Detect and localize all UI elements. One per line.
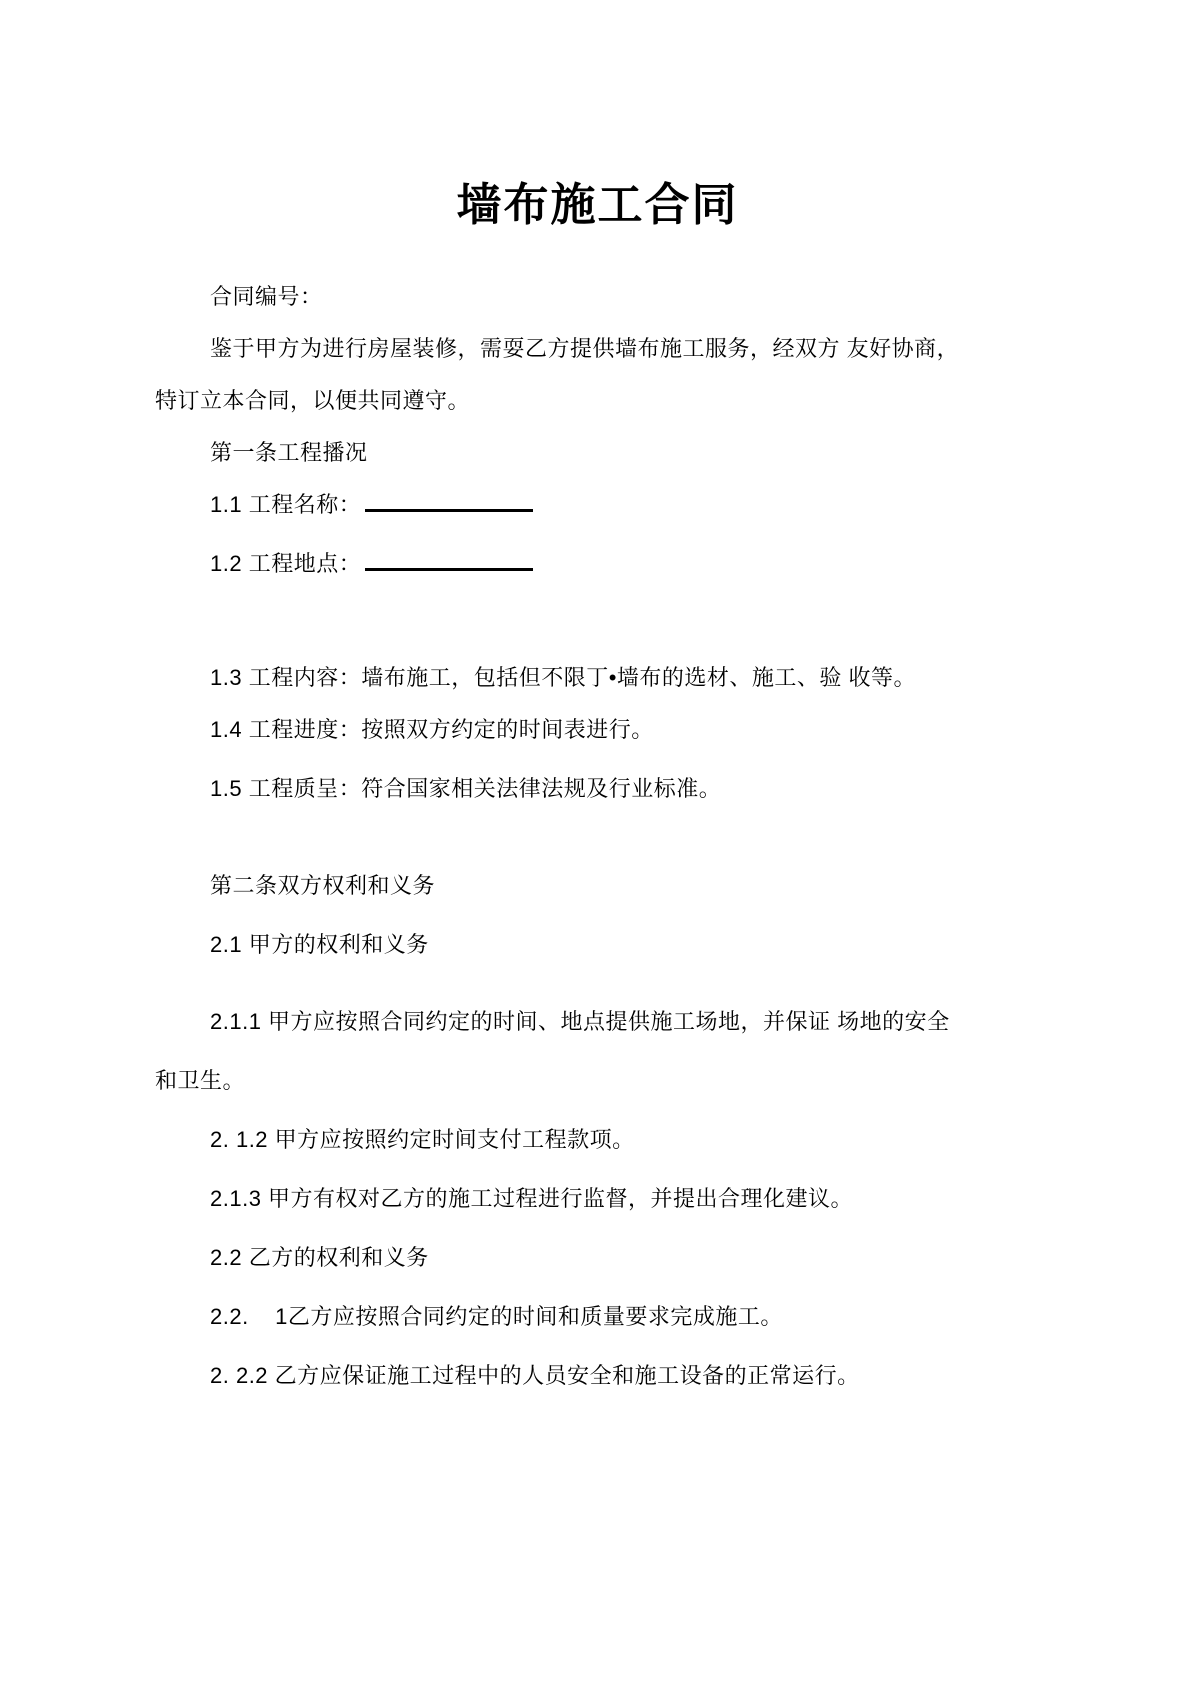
item-2-1-1-line-2: 和卫生。	[155, 1055, 1040, 1107]
item-1-1: 1.1 工程名称：	[155, 479, 1040, 531]
item-2-2: 2.2 乙方的权利和义务	[155, 1232, 1040, 1284]
project-location-blank-line	[365, 548, 533, 571]
item-1-2-label: 1.2 工程地点：	[210, 551, 361, 576]
document-title: 墙布施工合同	[155, 175, 1040, 235]
section2-heading: 第二条双方权利和义务	[155, 860, 1040, 912]
item-2-2-2: 2. 2.2 乙方应保证施工过程中的人员安全和施工设备的正常运行。	[155, 1350, 1040, 1402]
item-2-1-3: 2.1.3 甲方有权对乙方的施工过程进行监督，并提出合理化建议。	[155, 1173, 1040, 1225]
intro-paragraph-line-1: 鉴于甲方为进行房屋装修，需耍乙方提供墙布施工服务，经双方 友好协商，	[155, 323, 1040, 375]
contract-number-line: 合同编号：	[155, 271, 1040, 323]
item-1-5: 1.5 工程质呈：符合国家相关法律法规及行业标准。	[155, 763, 1040, 815]
item-1-3: 1.3 工程内容：墙布施工，包括但不限丁•墙布的选材、施工、验 收等。	[155, 652, 1040, 704]
item-2-1-1-line-1: 2.1.1 甲方应按照合同约定的时间、地点提供施工场地，并保证 场地的安全	[155, 996, 1040, 1048]
item-2-1: 2.1 甲方的权利和义务	[155, 919, 1040, 971]
item-1-2: 1.2 工程地点：	[155, 538, 1040, 590]
item-1-4: 1.4 工程进度：按照双方约定的时间表进行。	[155, 704, 1040, 756]
section1-heading: 第一条工程播况	[155, 427, 1040, 479]
item-2-1-2: 2. 1.2 甲方应按照约定时间支付工程款项。	[155, 1114, 1040, 1166]
intro-paragraph-line-2: 特订立本合同，以便共同遵守。	[155, 375, 1040, 427]
item-1-1-label: 1.1 工程名称：	[210, 492, 361, 517]
project-name-blank-line	[365, 489, 533, 512]
contract-document-page: 墙布施工合同 合同编号： 鉴于甲方为进行房屋装修，需耍乙方提供墙布施工服务，经双…	[0, 0, 1190, 1683]
item-2-2-1: 2.2. 1乙方应按照合同约定的时间和质量要求完成施工。	[155, 1291, 1040, 1343]
